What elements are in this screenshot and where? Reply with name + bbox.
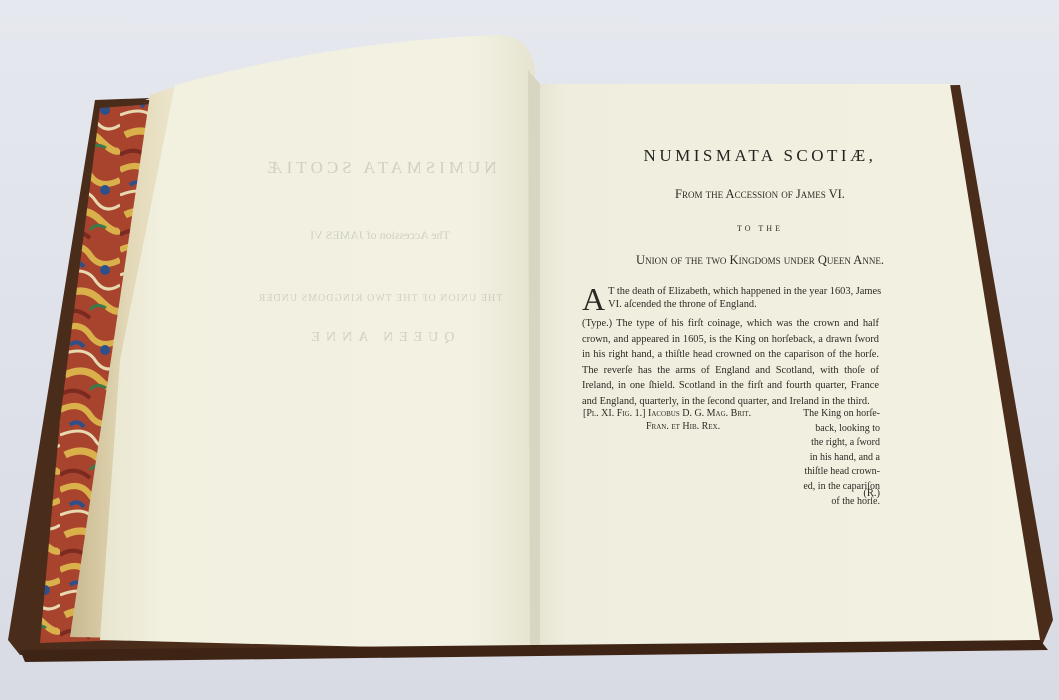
rarity-mark: (R.) — [845, 488, 880, 499]
open-book-photo — [0, 0, 1059, 700]
subtitle-to-the: TO THE — [590, 224, 930, 233]
desc-line: The King on horſe- — [788, 407, 880, 422]
desc-line: the right, a ſword — [788, 436, 880, 451]
left-page-show-through: THE UNION OF THE TWO KINGDOMS UNDER — [250, 293, 510, 304]
left-page-show-through: QUEEN ANNE — [250, 330, 510, 346]
desc-line: in his hand, and a — [788, 451, 880, 466]
left-page-show-through: The Accession of JAMES VI — [250, 228, 510, 243]
subtitle-union: Union of the two Kingdoms under Queen An… — [590, 253, 930, 268]
subtitle-accession: From the Accession of James VI. — [590, 187, 930, 202]
type-paragraph: (Type.) The type of his firſt coinage, w… — [582, 316, 879, 410]
page-title: NUMISMATA SCOTIÆ, — [590, 146, 930, 166]
opening-paragraph: A T the death of Elizabeth, which happen… — [582, 285, 882, 312]
desc-line: thiſtle head crown- — [788, 465, 880, 480]
left-page-show-through: NUMISMATA SCOTIÆ — [250, 158, 510, 178]
coin-legend: [Pl. XI. Fig. 1.] Iacobus D. G. Mag. Bri… — [583, 407, 773, 433]
drop-cap: A — [582, 286, 605, 312]
desc-line: back, looking to — [788, 422, 880, 437]
coin-legend-line-1: [Pl. XI. Fig. 1.] Iacobus D. G. Mag. Bri… — [583, 407, 773, 420]
coin-legend-line-2: Fran. et Hib. Rex. — [583, 420, 773, 433]
opening-paragraph-text: T the death of Elizabeth, which happened… — [608, 286, 881, 310]
